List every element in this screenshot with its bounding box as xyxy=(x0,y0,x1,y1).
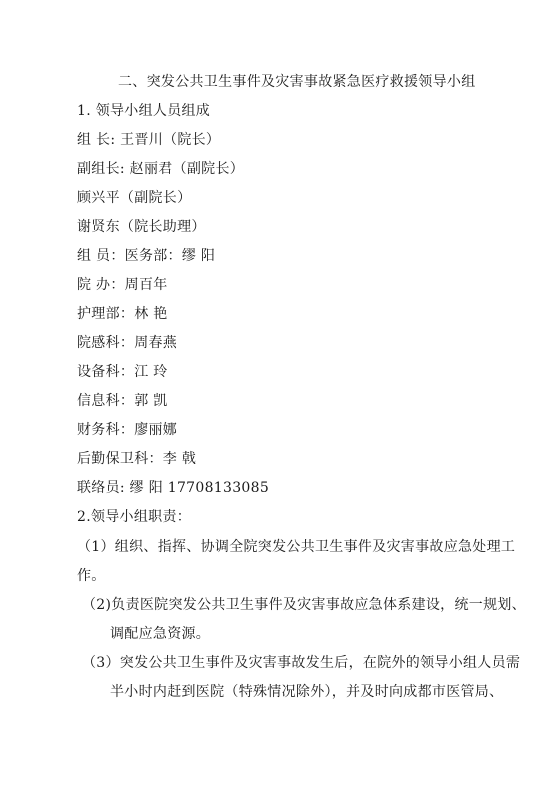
section2-heading: 2.领导小组职责： xyxy=(77,508,191,526)
member-logistics: 后勤保卫科：李 戟 xyxy=(77,450,196,468)
member-finance: 财务科：廖丽娜 xyxy=(77,421,177,439)
duty-2-line1: （2)负责医院突发公共卫生事件及灾害事故应急体系建设，统一规划、 xyxy=(82,596,526,614)
member-infection: 院感科：周春燕 xyxy=(77,334,177,352)
member-deputy-leader: 副组长: 赵丽君（副院长） xyxy=(77,160,244,178)
member-liaison: 联络员: 缪 阳 17708133085 xyxy=(77,479,269,497)
duty-3-line1: （3）突发公共卫生事件及灾害事故发生后，在院外的领导小组人员需 xyxy=(82,654,520,672)
member-office: 院 办：周百年 xyxy=(77,276,168,294)
member-leader: 组 长: 王晋川（院长） xyxy=(77,131,220,149)
document-page: 二、突发公共卫生事件及灾害事故紧急医疗救援领导小组 1. 领导小组人员组成 组 … xyxy=(0,0,556,786)
member-information: 信息科：郭 凯 xyxy=(77,392,168,410)
member-nursing: 护理部：林 艳 xyxy=(77,305,168,323)
duty-1-line1: （1）组织、指挥、协调全院突发公共卫生事件及灾害事故应急处理工 xyxy=(77,538,515,556)
section1-heading: 1. 领导小组人员组成 xyxy=(77,102,210,120)
member-medical: 组 员：医务部：缪 阳 xyxy=(77,247,215,265)
duty-3-line2: 半小时内赶到医院（特殊情况除外），并及时向成都市医管局、 xyxy=(110,683,503,701)
duty-1-line2: 作。 xyxy=(77,567,106,585)
duty-2-line2: 调配应急资源。 xyxy=(110,625,210,643)
section-title: 二、突发公共卫生事件及灾害事故紧急医疗救援领导小组 xyxy=(118,73,476,91)
member-equipment: 设备科：江 玲 xyxy=(77,363,168,381)
member-deputy-3: 谢贤东（院长助理） xyxy=(77,218,206,236)
member-deputy-2: 顾兴平（副院长） xyxy=(77,189,191,207)
